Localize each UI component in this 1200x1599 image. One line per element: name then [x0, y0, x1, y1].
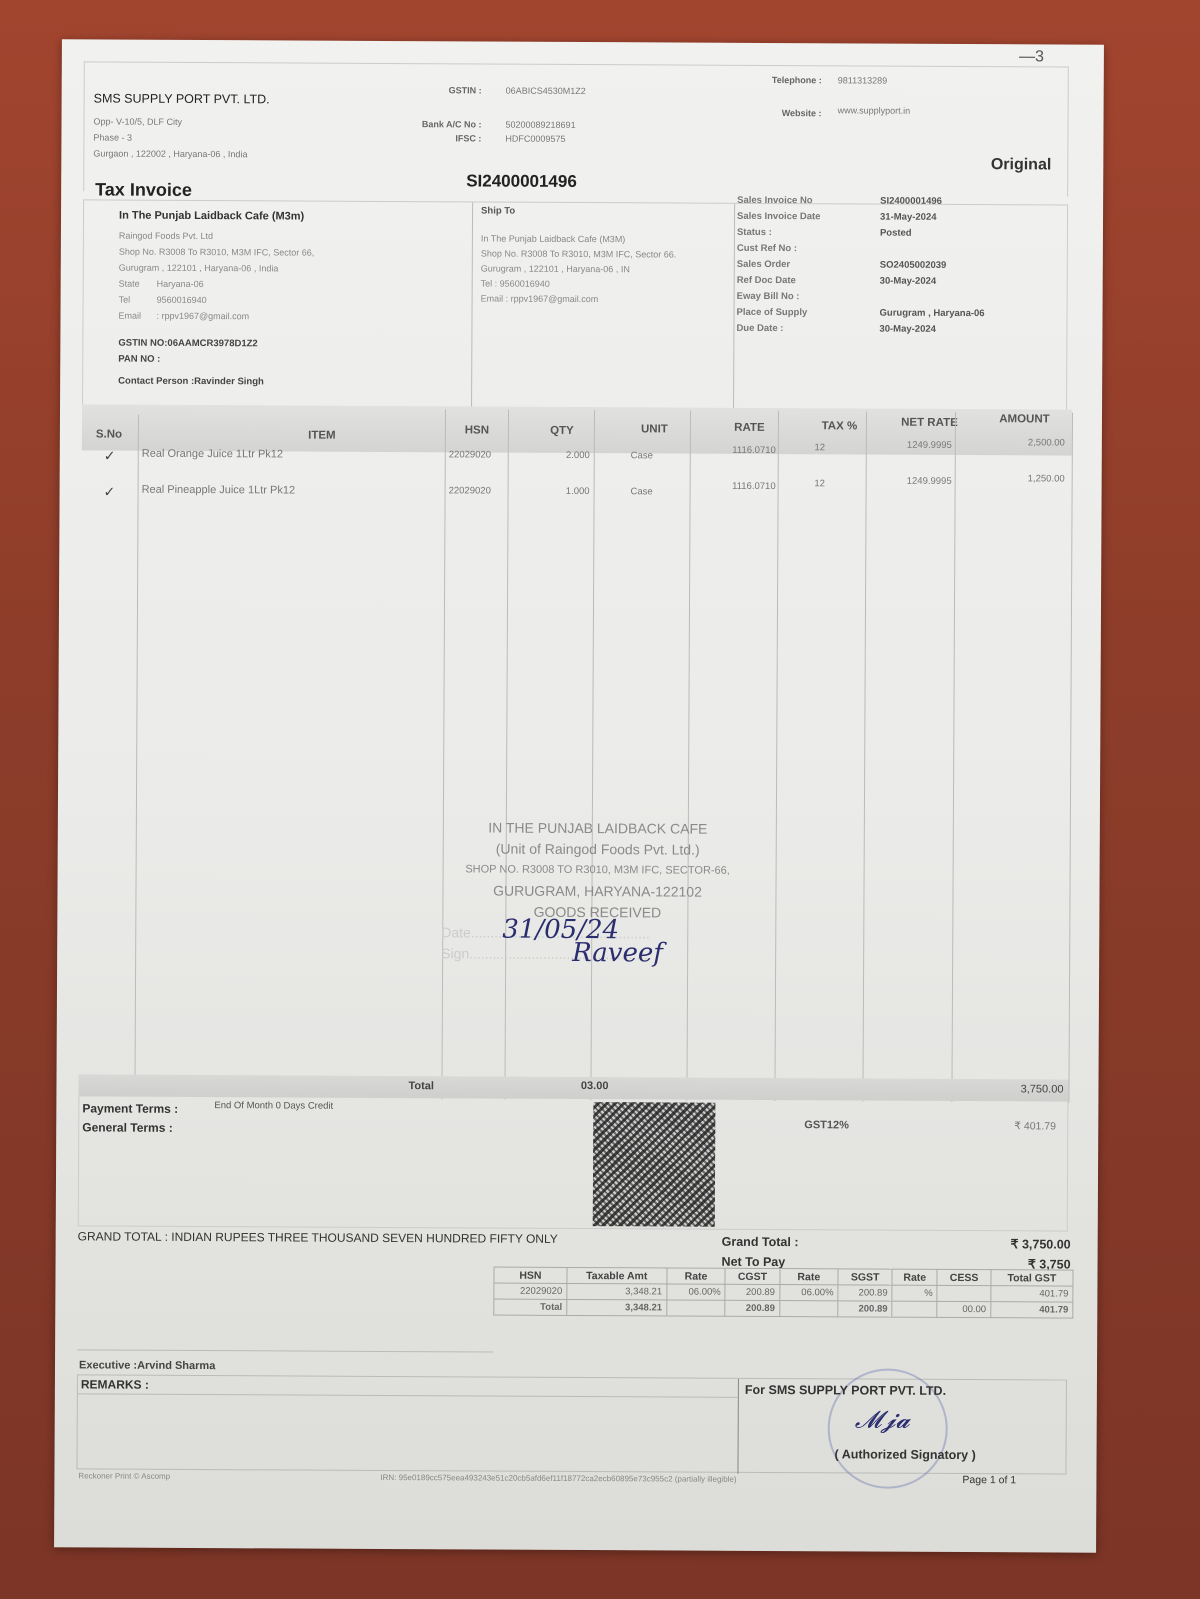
item-qty: 2.000 [512, 450, 590, 461]
item-amount: 2,500.00 [955, 437, 1065, 449]
table-row: ✓Real Orange Juice 1Ltr Pk12220290202.00… [62, 39, 1104, 44]
meta-label: Sales Invoice No [737, 193, 880, 210]
col-rate: RATE [707, 422, 792, 434]
seller-telephone: 9811313289 [838, 75, 887, 85]
seller-address: Opp- V-10/5, DLF City Phase - 3 Gurgaon … [93, 113, 247, 162]
tax-cell: % [892, 1285, 937, 1301]
seller-ifsc: HDFC0009575 [505, 134, 565, 144]
col-unit: UNIT [607, 423, 702, 435]
tax-cell [779, 1301, 838, 1317]
item-unit: Case [594, 450, 690, 462]
meta-value: 30-May-2024 [880, 274, 937, 290]
tax-cell: 401.79 [991, 1302, 1073, 1318]
invoice-meta: Sales Invoice NoSI2400001496Sales Invoic… [736, 193, 985, 338]
bank-label: Bank A/C No : [371, 119, 481, 130]
meta-value: SO2405002039 [880, 258, 947, 274]
meta-value: 30-May-2024 [879, 322, 936, 338]
bill-to-name: In The Punjab Laidback Cafe (M3m) [119, 210, 304, 223]
bill-to-gstin: GSTIN NO:06AAMCR3978D1Z2 [118, 336, 314, 353]
meta-label: Due Date : [736, 321, 879, 338]
meta-label: Eway Bill No : [737, 289, 880, 306]
bill-to-pan: PAN NO : [118, 352, 314, 369]
tax-cell [667, 1300, 726, 1316]
tax-col-header: Rate [780, 1269, 839, 1285]
contact-person: Contact Person :Ravinder Singh [118, 374, 314, 391]
tax-cell [937, 1285, 991, 1301]
tax-row: Total3,348.21200.89200.8900.00401.79 [494, 1299, 1073, 1318]
item-name: Real Orange Juice 1Ltr Pk12 [142, 448, 442, 462]
meta-row: Sales OrderSO2405002039 [737, 257, 985, 274]
seller-name: SMS SUPPLY PORT PVT. LTD. [94, 91, 270, 106]
gst-summary-label: GST12% [804, 1119, 849, 1131]
hsn-tax-table: HSNTaxable AmtRateCGSTRateSGSTRateCESSTo… [493, 1267, 1073, 1319]
table-row: ✓Real Pineapple Juice 1Ltr Pk12220290201… [62, 39, 1104, 44]
total-label: Total [408, 1080, 434, 1092]
print-credit: Reckoner Print © Ascomp [78, 1471, 170, 1480]
invoice-number: SI2400001496 [466, 171, 577, 192]
meta-row: Place of SupplyGurugram , Haryana-06 [736, 305, 984, 322]
col-hsn: HSN [447, 424, 507, 436]
meta-value: 31-May-2024 [880, 210, 937, 226]
tax-col-header: CGST [725, 1268, 779, 1284]
meta-value: Gurugram , Haryana-06 [879, 306, 984, 323]
item-net-rate: 1249.9995 [866, 475, 952, 486]
item-rate: 1116.0710 [690, 481, 776, 492]
page-number: Page 1 of 1 [962, 1474, 1016, 1486]
item-rate: 1116.0710 [690, 445, 776, 456]
website-label: Website : [722, 108, 822, 119]
tax-cell: 200.89 [838, 1285, 892, 1301]
amount-in-words: GRAND TOTAL : INDIAN RUPEES THREE THOUSA… [78, 1229, 558, 1246]
grand-total-label: Grand Total : [722, 1235, 799, 1249]
tax-col-header: CESS [937, 1269, 991, 1285]
ifsc-label: IFSC : [391, 133, 481, 143]
authorized-signatory-label: ( Authorized Signatory ) [835, 1447, 976, 1462]
tax-cell: 200.89 [725, 1300, 779, 1316]
for-company-line: For SMS SUPPLY PORT PVT. LTD. [745, 1383, 946, 1398]
col-qty: QTY [522, 425, 602, 437]
meta-label: Sales Order [737, 257, 880, 274]
tax-cell: 200.89 [838, 1301, 892, 1317]
tax-cell: 3,348.21 [567, 1283, 667, 1300]
document-title: Tax Invoice [95, 179, 192, 201]
remarks-label: REMARKS : [81, 1377, 149, 1391]
tax-cell: 401.79 [991, 1286, 1073, 1302]
col-net-rate: NET RATE [882, 417, 977, 429]
ship-to-details: In The Punjab Laidback Cafe (M3M) Shop N… [481, 231, 731, 307]
item-name: Real Pineapple Juice 1Ltr Pk12 [142, 484, 442, 498]
item-hsn: 22029020 [449, 449, 509, 460]
item-qty: 1.000 [512, 486, 590, 497]
seller-bank-ac: 50200089218691 [505, 120, 575, 130]
page-corner-mark: —3 [1019, 48, 1044, 66]
payment-terms-label: Payment Terms : [82, 1101, 178, 1116]
item-unit: Case [594, 486, 690, 498]
tax-col-header: Total GST [991, 1270, 1073, 1286]
item-amount: 1,250.00 [955, 473, 1065, 485]
meta-row: Eway Bill No : [737, 289, 985, 306]
tax-col-header: SGST [838, 1269, 892, 1285]
meta-row: Status :Posted [737, 225, 985, 242]
tax-cell: Total [494, 1299, 567, 1315]
tax-cell: 22029020 [494, 1283, 567, 1299]
meta-label: Place of Supply [736, 305, 879, 322]
tax-cell: 200.89 [725, 1284, 779, 1300]
tax-cell: 06.00% [779, 1285, 838, 1301]
col-amount: AMOUNT [977, 413, 1072, 425]
meta-value: SI2400001496 [880, 194, 942, 210]
item-tax: 12 [780, 442, 860, 453]
tax-col-header: HSN [494, 1267, 567, 1283]
gstin-label: GSTIN : [392, 85, 482, 95]
tax-col-header: Rate [667, 1268, 726, 1284]
qr-code [593, 1102, 716, 1227]
authorized-signature-scribble: 𝓜𝓳𝓪 [855, 1405, 910, 1433]
seller-website[interactable]: www.supplyport.in [838, 105, 911, 115]
ship-to-title: Ship To [481, 205, 515, 216]
meta-row: Cust Ref No : [737, 241, 985, 258]
tax-cell: 06.00% [667, 1284, 726, 1300]
gst-summary-value: ₹ 401.79 [1014, 1120, 1056, 1132]
item-hsn: 22029020 [449, 485, 509, 496]
row-tick-mark: ✓ [104, 484, 134, 501]
executive: Executive :Arvind Sharma [79, 1359, 215, 1372]
item-tax: 12 [780, 478, 860, 489]
col-sno: S.No [96, 428, 122, 440]
meta-label: Status : [737, 225, 880, 242]
tax-col-header: Rate [892, 1269, 937, 1285]
row-tick-mark: ✓ [104, 448, 134, 465]
item-net-rate: 1249.9995 [866, 439, 952, 450]
payment-terms-value: End Of Month 0 Days Credit [214, 1100, 333, 1112]
col-tax: TAX % [797, 420, 882, 432]
irn-number: IRN: 95e0189cc575eea493243e51c20cb5afd6e… [380, 1473, 736, 1484]
bill-to-details: Raingod Foods Pvt. Ltd Shop No. R3008 To… [118, 228, 314, 391]
terms-box [78, 1096, 1069, 1231]
meta-label: Ref Doc Date [737, 273, 880, 290]
copy-type: Original [991, 156, 1052, 174]
general-terms-label: General Terms : [82, 1120, 173, 1134]
grand-total-value: ₹ 3,750.00 [996, 1236, 1071, 1251]
total-amount: 3,750.00 [968, 1083, 1063, 1095]
total-qty: 03.00 [518, 1080, 608, 1092]
meta-value: Posted [880, 226, 912, 242]
meta-label: Sales Invoice Date [737, 209, 880, 226]
meta-row: Sales Invoice NoSI2400001496 [737, 193, 985, 210]
tax-cell: 00.00 [937, 1301, 991, 1317]
handwritten-signature: Raveef [572, 938, 663, 968]
seller-gstin: 06ABICS4530M1Z2 [506, 86, 586, 96]
col-item: ITEM [222, 429, 422, 442]
meta-row: Due Date :30-May-2024 [736, 321, 984, 338]
tax-cell [892, 1301, 937, 1317]
meta-label: Cust Ref No : [737, 241, 880, 258]
telephone-label: Telephone : [722, 75, 822, 86]
meta-row: Sales Invoice Date31-May-2024 [737, 209, 985, 226]
invoice-paper: —3 SMS SUPPLY PORT PVT. LTD. Opp- V-10/5… [54, 39, 1104, 1552]
tax-col-header: Taxable Amt [567, 1267, 667, 1284]
tax-cell: 3,348.21 [567, 1299, 667, 1316]
meta-row: Ref Doc Date30-May-2024 [737, 273, 985, 290]
